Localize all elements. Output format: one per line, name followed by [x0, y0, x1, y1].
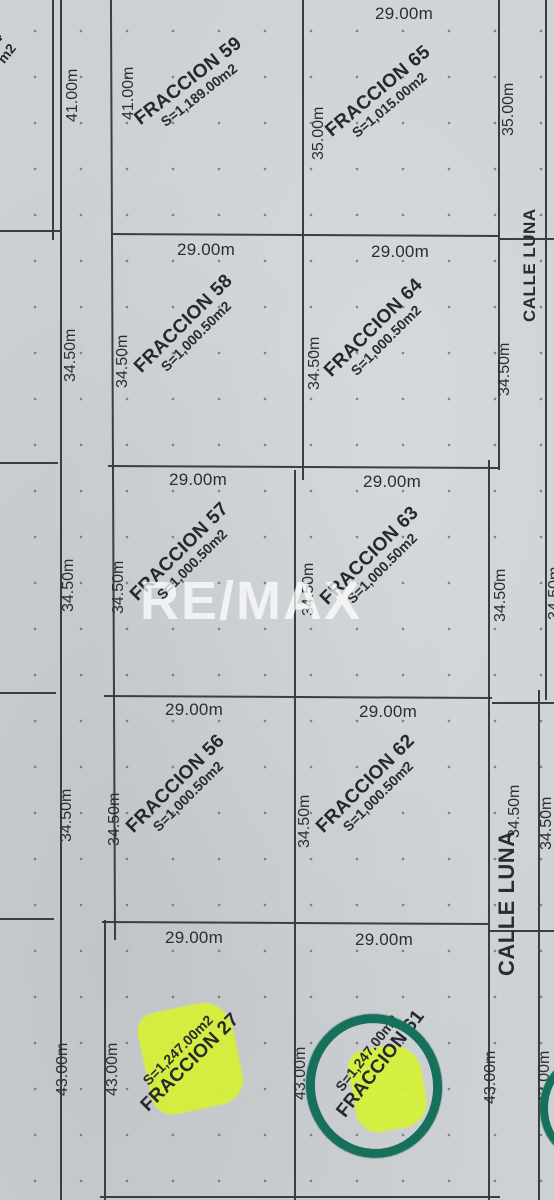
subdivision-plan: 54 m2 41.00m 34.50m 34.50m 34.50m 43.00m… — [0, 0, 554, 1200]
far-right-dimension: 34.50m — [546, 567, 554, 620]
left-lot-edge — [52, 0, 54, 240]
lot-54-partial-label[interactable]: 54 m2 — [0, 28, 19, 66]
street-dimension: 34.50m — [496, 343, 514, 396]
street-label-calle-luna-lower: CALLE LUNA — [494, 830, 520, 976]
left-lot-divider-1 — [0, 230, 60, 232]
far-right-divider-2 — [492, 702, 554, 704]
left-lot-divider-3 — [0, 692, 56, 694]
lot-64[interactable] — [302, 238, 498, 468]
remax-watermark: RE/MAX — [140, 570, 362, 632]
left-lot-divider-2 — [0, 462, 58, 464]
far-right-line-lower — [538, 690, 540, 1200]
corridor-dimension: 41.00m — [64, 69, 82, 122]
left-lot-divider-4 — [0, 918, 54, 920]
corridor-dimension: 34.50m — [62, 329, 80, 382]
far-right-dimension: 34.50m — [538, 797, 554, 850]
street-label-calle-luna-upper: CALLE LUNA — [520, 208, 540, 322]
corridor-dimension: 34.50m — [58, 789, 76, 842]
row-bottom-edge — [100, 1196, 500, 1198]
corridor-dimension: 43.00m — [54, 1043, 72, 1096]
corridor-dimension: 34.50m — [60, 559, 78, 612]
street-dimension: 34.50m — [492, 569, 510, 622]
street-dimension: 35.00m — [500, 83, 518, 136]
